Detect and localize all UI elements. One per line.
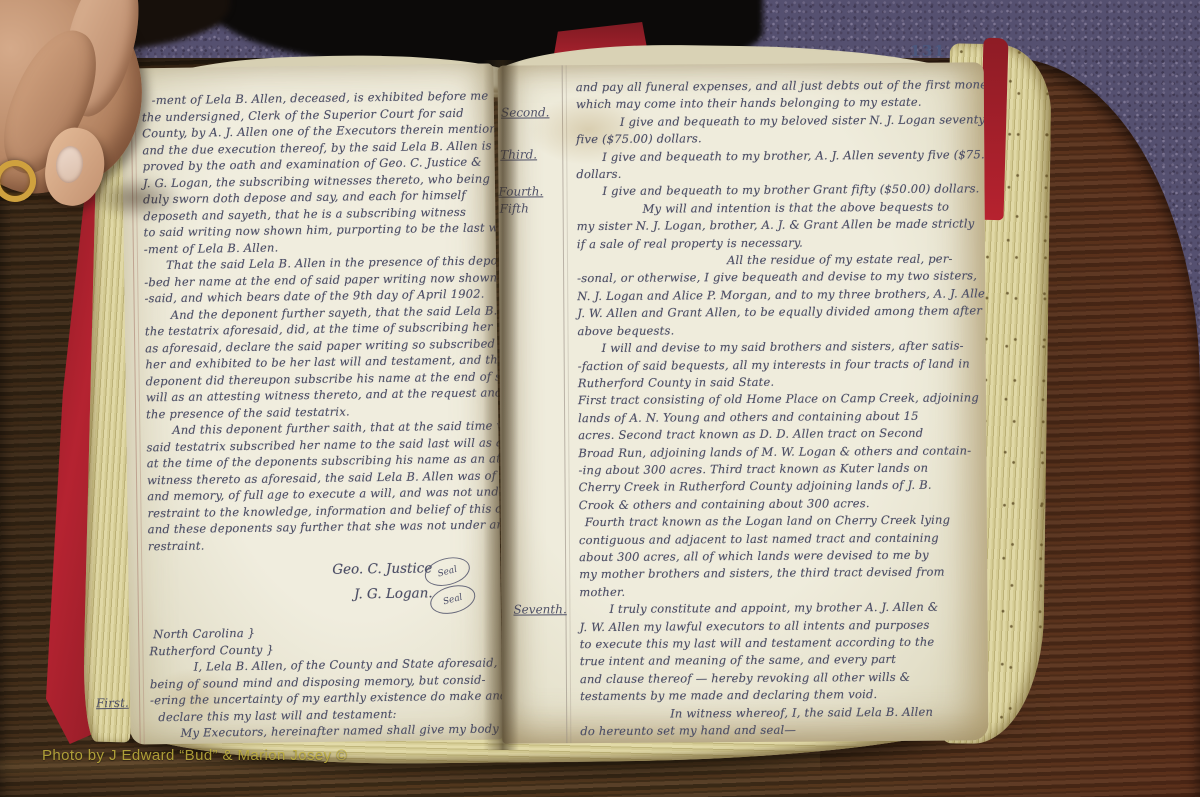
photographer-watermark: Photo by J Edward “Bud” & Marion Josey © xyxy=(42,747,348,764)
handwritten-line: Fourth tract known as the Logan land on … xyxy=(579,511,983,531)
handwritten-line: -faction of said bequests, all my intere… xyxy=(578,355,982,375)
hand-holding-page xyxy=(0,0,320,280)
handwritten-line: I will and devise to my said brothers an… xyxy=(578,337,982,357)
handwritten-line: my sister N. J. Logan, brother, A. J. & … xyxy=(577,216,981,236)
handwritten-line: Cherry Creek in Rutherford County adjoin… xyxy=(579,477,983,497)
witness-signature: Geo. C. Justice xyxy=(332,560,432,577)
book-gutter-shadow xyxy=(483,60,519,750)
handwritten-line: In witness whereof, I, the said Lela B. … xyxy=(580,703,984,723)
right-page-body-text: and pay all funeral expenses, and all ju… xyxy=(576,76,985,740)
handwritten-line: my mother brothers and sisters, the thir… xyxy=(579,564,983,584)
margin-label-first: First. xyxy=(96,696,129,711)
left-page-will-opening-text: North Carolina }Rutherford County }I, Le… xyxy=(149,621,495,744)
handwritten-line: I give and bequeath to my brother, A. J.… xyxy=(576,146,980,166)
handwritten-line: to execute this my last will and testame… xyxy=(580,633,984,653)
handwritten-line: First tract consisting of old Home Place… xyxy=(578,390,982,410)
seal-scroll: Seal xyxy=(427,581,478,619)
handwritten-line: I give and bequeath to my beloved sister… xyxy=(576,111,980,131)
margin-label-seventh: Seventh. xyxy=(513,602,566,616)
photo-of-record-book: -ment of Lela B. Allen, deceased, is exh… xyxy=(0,0,1200,797)
page-number-131: 131 xyxy=(910,42,946,60)
handwritten-line: J. W. Allen and Grant Allen, to be equal… xyxy=(577,303,981,323)
right-page-131: Second. Third. Fourth. Fifth Seventh. an… xyxy=(498,62,989,743)
witness-signature: J. G. Logan. xyxy=(354,585,433,602)
handwritten-line: do hereunto set my hand and seal— xyxy=(580,720,984,740)
handwritten-line: I truly constitute and appoint, my broth… xyxy=(579,599,983,619)
hand-cast-shadow xyxy=(88,176,184,220)
handwritten-line: acres. Second tract known as D. D. Allen… xyxy=(578,424,982,444)
